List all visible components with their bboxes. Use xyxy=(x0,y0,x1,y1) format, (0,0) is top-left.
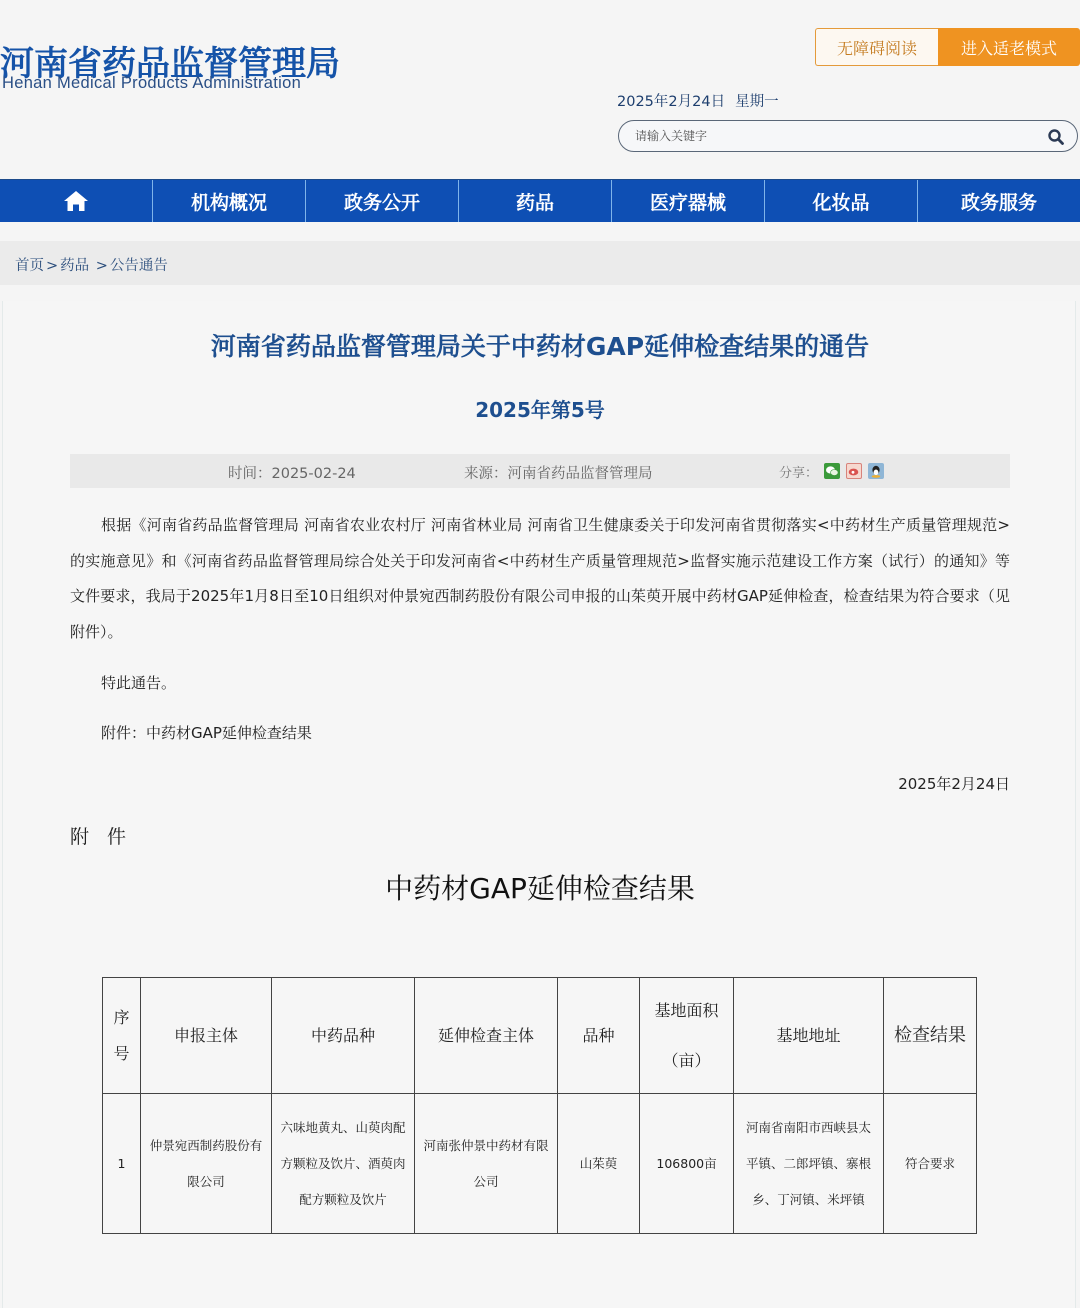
article-source: 来源：河南省药品监督管理局 xyxy=(464,462,653,483)
article-meta-bar: 时间：2025-02-24 来源：河南省药品监督管理局 分享： xyxy=(70,454,1010,488)
col-header-result: 检查结果 xyxy=(884,978,977,1094)
nav-item-drugs[interactable]: 药品 xyxy=(459,180,612,222)
date-value: 2025年2月24日 xyxy=(617,94,725,110)
share-label: 分享： xyxy=(779,462,818,481)
weibo-icon[interactable] xyxy=(846,463,862,479)
col-header-base-address: 基地地址 xyxy=(734,978,884,1094)
nav-item-government-affairs[interactable]: 政务公开 xyxy=(306,180,459,222)
cell-variety: 山茱萸 xyxy=(558,1094,640,1234)
col-header-applicant: 申报主体 xyxy=(141,978,272,1094)
home-icon xyxy=(63,190,89,212)
header-text: 序号 xyxy=(114,1000,130,1072)
cell-index: 1 xyxy=(103,1094,141,1234)
main-nav: 机构概况 政务公开 药品 医疗器械 化妆品 政务服务 xyxy=(0,179,1080,222)
article-title: 河南省药品监督管理局关于中药材GAP延伸检查结果的通告 xyxy=(0,327,1080,363)
cell-applicant: 仲景宛西制药股份有限公司 xyxy=(141,1094,272,1234)
weekday-value: 星期一 xyxy=(735,94,779,110)
time-label: 时间： xyxy=(228,466,272,482)
time-value: 2025-02-24 xyxy=(272,466,356,482)
signature-date: 2025年2月24日 xyxy=(898,773,1010,794)
nav-item-cosmetics[interactable]: 化妆品 xyxy=(765,180,918,222)
nav-item-government-services[interactable]: 政务服务 xyxy=(918,180,1080,222)
col-header-tcm-product: 中药品种 xyxy=(272,978,415,1094)
col-header-variety: 品种 xyxy=(558,978,640,1094)
breadcrumb-separator: > xyxy=(46,258,58,274)
col-header-base-area: 基地面积（亩） xyxy=(640,978,734,1094)
article-body-paragraph: 根据《河南省药品监督管理局 河南省农业农村厅 河南省林业局 河南省卫生健康委关于… xyxy=(70,508,1010,650)
cell-base-area: 106800亩 xyxy=(640,1094,734,1234)
cell-base-address: 河南省南阳市西峡县太平镇、二郎坪镇、寨根乡、丁河镇、米坪镇 xyxy=(734,1094,884,1234)
accessible-reading-button[interactable]: 无障碍阅读 xyxy=(815,28,938,66)
nav-item-medical-devices[interactable]: 医疗器械 xyxy=(612,180,765,222)
site-header: 河南省药品监督管理局 Henan Medical Products Admini… xyxy=(0,0,1080,180)
search-box xyxy=(618,120,1078,152)
nav-home[interactable] xyxy=(0,180,153,222)
cell-result: 符合要求 xyxy=(884,1094,977,1234)
share-icons xyxy=(824,463,884,479)
accessibility-toolbar: 无障碍阅读 进入适老模式 xyxy=(815,28,1080,66)
qq-icon[interactable] xyxy=(868,463,884,479)
current-date: 2025年2月24日星期一 xyxy=(617,90,779,111)
wechat-icon[interactable] xyxy=(824,463,840,479)
source-value: 河南省药品监督管理局 xyxy=(508,466,653,482)
search-input[interactable] xyxy=(635,125,1035,147)
site-logo-en: Henan Medical Products Administration xyxy=(2,74,301,93)
breadcrumb-drugs[interactable]: 药品 xyxy=(60,258,89,274)
attachment-heading: 附 件 xyxy=(70,822,132,849)
breadcrumb-announcements[interactable]: 公告通告 xyxy=(110,258,168,274)
col-header-extended-inspection-entity: 延伸检查主体 xyxy=(415,978,558,1094)
source-label: 来源： xyxy=(464,466,508,482)
table-header-row: 序号 申报主体 中药品种 延伸检查主体 品种 基地面积（亩） 基地地址 检查结果 xyxy=(103,978,977,1094)
inspection-result-table: 序号 申报主体 中药品种 延伸检查主体 品种 基地面积（亩） 基地地址 检查结果… xyxy=(102,977,977,1234)
cell-tcm-product: 六味地黄丸、山萸肉配方颗粒及饮片、酒萸肉配方颗粒及饮片 xyxy=(272,1094,415,1234)
table-row: 1 仲景宛西制药股份有限公司 六味地黄丸、山萸肉配方颗粒及饮片、酒萸肉配方颗粒及… xyxy=(103,1094,977,1234)
publish-time: 时间：2025-02-24 xyxy=(228,462,356,483)
breadcrumb-separator: > xyxy=(96,258,108,274)
elder-mode-button[interactable]: 进入适老模式 xyxy=(938,28,1080,66)
notice-closing: 特此通告。 xyxy=(101,672,176,693)
breadcrumb: 首页>药品 >公告通告 xyxy=(15,254,168,275)
attachment-reference[interactable]: 附件：中药材GAP延伸检查结果 xyxy=(101,722,312,743)
nav-item-organization[interactable]: 机构概况 xyxy=(153,180,306,222)
attachment-table-title: 中药材GAP延伸检查结果 xyxy=(0,867,1080,907)
cell-extended-inspection-entity: 河南张仲景中药材有限公司 xyxy=(415,1094,558,1234)
document-number: 2025年第5号 xyxy=(0,394,1080,423)
breadcrumb-home[interactable]: 首页 xyxy=(15,258,44,274)
header-text: 基地面积（亩） xyxy=(647,986,727,1086)
breadcrumb-bar: 首页>药品 >公告通告 xyxy=(0,241,1080,285)
col-header-index: 序号 xyxy=(103,978,141,1094)
search-icon[interactable] xyxy=(1047,128,1065,146)
